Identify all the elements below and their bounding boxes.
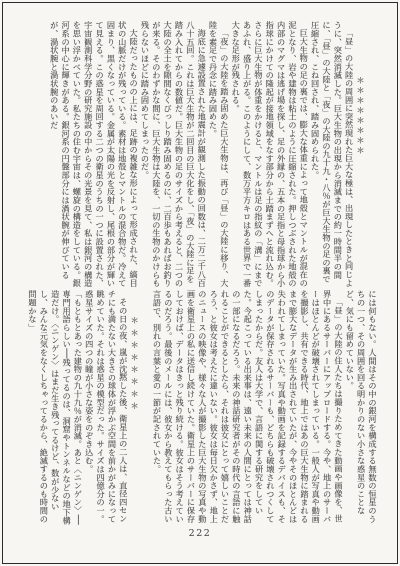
text-band-lower: には何もない。人間はその中の銀河を構成する無数の恒星のうちの一つ、その周囲を回る… [22, 290, 378, 526]
paragraph: 「昼」の大陸の住人たちは撮りためてきた動画や画像を、世界中にあるサーバーにアップ… [151, 290, 344, 526]
paragraph: 「夜」の大陸を踏み固めた巨大生物は、再び「昼」の大陸に移り、大陸を素足で丹念に踏… [207, 21, 230, 288]
paragraph: 大陸だったものの上には、足跡の複雑な形によって形成された、縞目状の山脈だけが残っ… [48, 21, 139, 288]
book-page: ＊＊＊＊＊＊＊＊ 「昼」の大陸の周囲に突然現れた巨大な極は、出現したときと同じよ… [0, 0, 400, 566]
text-band-upper: ＊＊＊＊＊＊＊＊ 「昼」の大陸の周囲に突然現れた巨大な極は、出現したときと同じよ… [22, 21, 378, 288]
paragraph-continuation: には何もない。人間はその中の銀河を構成する無数の恒星のうちの一つ、その周囲を回る… [344, 290, 378, 526]
section-divider: ＊＊＊＊＊＊＊＊ [129, 290, 140, 526]
section-divider: ＊＊＊＊＊＊＊＊ [355, 21, 366, 288]
paragraph: その日の夜、嵐が沈黙した後、衛星上の二人は、直径四センチにも満たない大きさの球体… [83, 290, 128, 526]
paragraph-dialogue: 「もともとあった建物の九十九％が消滅。あと〈ニンゲン〉──専門用語らしい──残っ… [27, 290, 84, 526]
paragraph: 「昼」の大陸の周囲に突然現れた巨大な極は、出現したときと同じように、突然消滅した… [309, 21, 354, 288]
page-number: 222 [0, 528, 400, 539]
paragraph: 海底に急遽設置された地震計が観測した振動の回数は、二万二千八百八十五回。これは巨… [139, 21, 207, 288]
paragraph: 巨大生物の足の裏では、膨大な体重によって地殻とマントルが混在の泥となり、岩や建物… [230, 21, 309, 288]
